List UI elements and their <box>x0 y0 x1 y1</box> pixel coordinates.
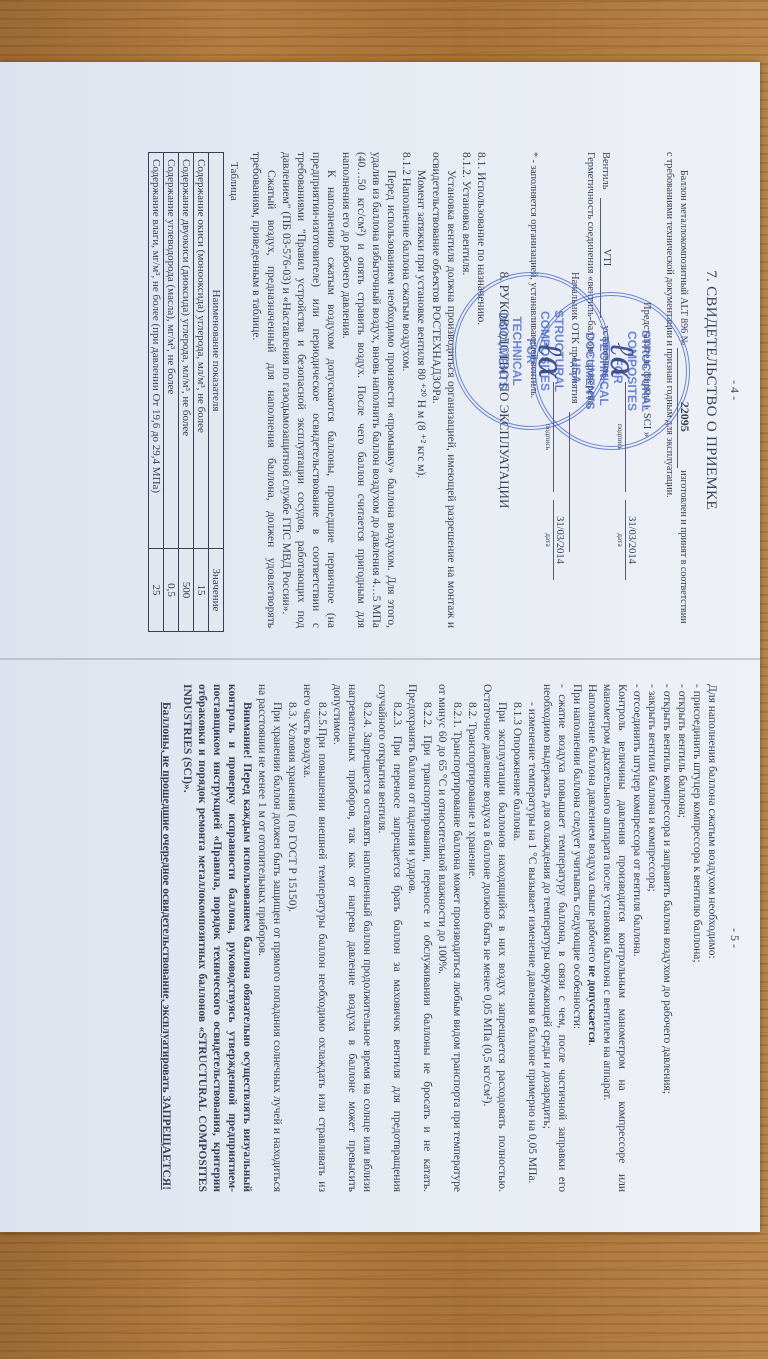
fill-intro: Для наполнения баллона сжатым воздухом н… <box>704 684 719 1192</box>
para-8-2-5: 8.2.5.При повышении внешней температуры … <box>299 684 329 1192</box>
fill-step: - отсоединить штуцер компрессора от вент… <box>629 684 644 1192</box>
acceptance-date: 31/03/2014 <box>625 500 637 580</box>
air-quality-table: Наименование показателя Значение Содержа… <box>148 152 224 632</box>
para-8-2-2: 8.2.2. При транспортировании, переносе и… <box>404 684 434 1192</box>
table-row: Содержание двуокиси (диоксида) углерода,… <box>179 153 194 632</box>
para-fill-heading: 8.1.2 Наполнение баллона сжатым воздухом… <box>398 152 413 628</box>
fill-step: - открыть вентиль баллона; <box>674 684 689 1192</box>
fill-step: - присоединить штуцер компрессора к вент… <box>689 684 704 1192</box>
para-8-2-3: 8.2.3. При переносе запрещается брать ба… <box>374 684 404 1192</box>
para-warning: Баллоны, не прошедшие очередное освидете… <box>158 684 173 1192</box>
otk-date: 31/03/2014 <box>553 500 565 580</box>
fill-step: - открыть вентиль компрессора и заправит… <box>659 684 674 1192</box>
para-8-3: 8.3. Условия хранения ( по ГОСТ Р 15150)… <box>284 684 299 1192</box>
signature: ℓɑ <box>602 342 642 379</box>
para-empty: При эксплуатации баллонов находящийся в … <box>479 684 509 1192</box>
table-row: Содержание окиси (монооксида) углерода, … <box>194 153 209 632</box>
table-row: Содержание углеводорода (масла), мг/м³, … <box>164 153 179 632</box>
para-8-1-3: 8.1.3 Опорожнение баллона. <box>509 684 524 1192</box>
para-air-requirements: Сжатый воздух, предназначенный для напол… <box>248 152 278 628</box>
page-4: - 4 - 7. СВИДЕТЕЛЬСТВО О ПРИЕМКЕ Баллон … <box>0 62 760 658</box>
signature: ℓɑ <box>530 342 570 379</box>
para-flush: Перед использованием необходимо произвес… <box>338 152 398 628</box>
para-compress: - сжатие воздуха повышает температуру ба… <box>539 684 569 1192</box>
para-attention: Внимание! Перед каждым использованием ба… <box>179 684 254 1192</box>
para-torque: Момент затяжки при установке вентиля 80 … <box>413 152 428 628</box>
para-8-2-4: 8.2.4. Запрещается оставлять наполненный… <box>329 684 374 1192</box>
para-control: Контроль величины давления производится … <box>599 684 629 1192</box>
para-8-2-1: 8.2.1. Транспортирование баллона может п… <box>434 684 464 1192</box>
fill-step: - закрыть вентили баллона и компрессора; <box>644 684 659 1192</box>
table-header: Значение <box>209 549 224 632</box>
para-overpressure: Наполнение баллона давлением воздуха свы… <box>584 684 599 1192</box>
table-row: Содержание влаги, мг/м³, не более (при д… <box>149 153 164 632</box>
para-features: При наполнении баллона следует учитывать… <box>569 684 584 1192</box>
table-header: Наименование показателя <box>209 153 224 549</box>
document-spread: - 4 - 7. СВИДЕТЕЛЬСТВО О ПРИЕМКЕ Баллон … <box>0 62 760 1232</box>
table-caption: Таблица <box>228 162 240 628</box>
para-temp: - изменение температуры на 1 °С вызывает… <box>524 684 539 1192</box>
para-valve-install: Установка вентиля должна производиться о… <box>428 152 458 628</box>
page-5: - 5 - Для наполнения баллона сжатым возд… <box>0 660 760 1232</box>
para-allowed: К наполнению сжатым воздухом допускаются… <box>278 152 338 628</box>
page-number: - 5 - <box>727 684 742 1192</box>
para-storage: При хранении баллон должен быть защищен … <box>254 684 284 1192</box>
para-8-2: 8.2. Транспортирование и хранение. <box>464 684 479 1192</box>
section-7-title: 7. СВИДЕТЕЛЬСТВО О ПРИЕМКЕ <box>702 152 719 628</box>
page-number: - 4 - <box>727 152 742 628</box>
